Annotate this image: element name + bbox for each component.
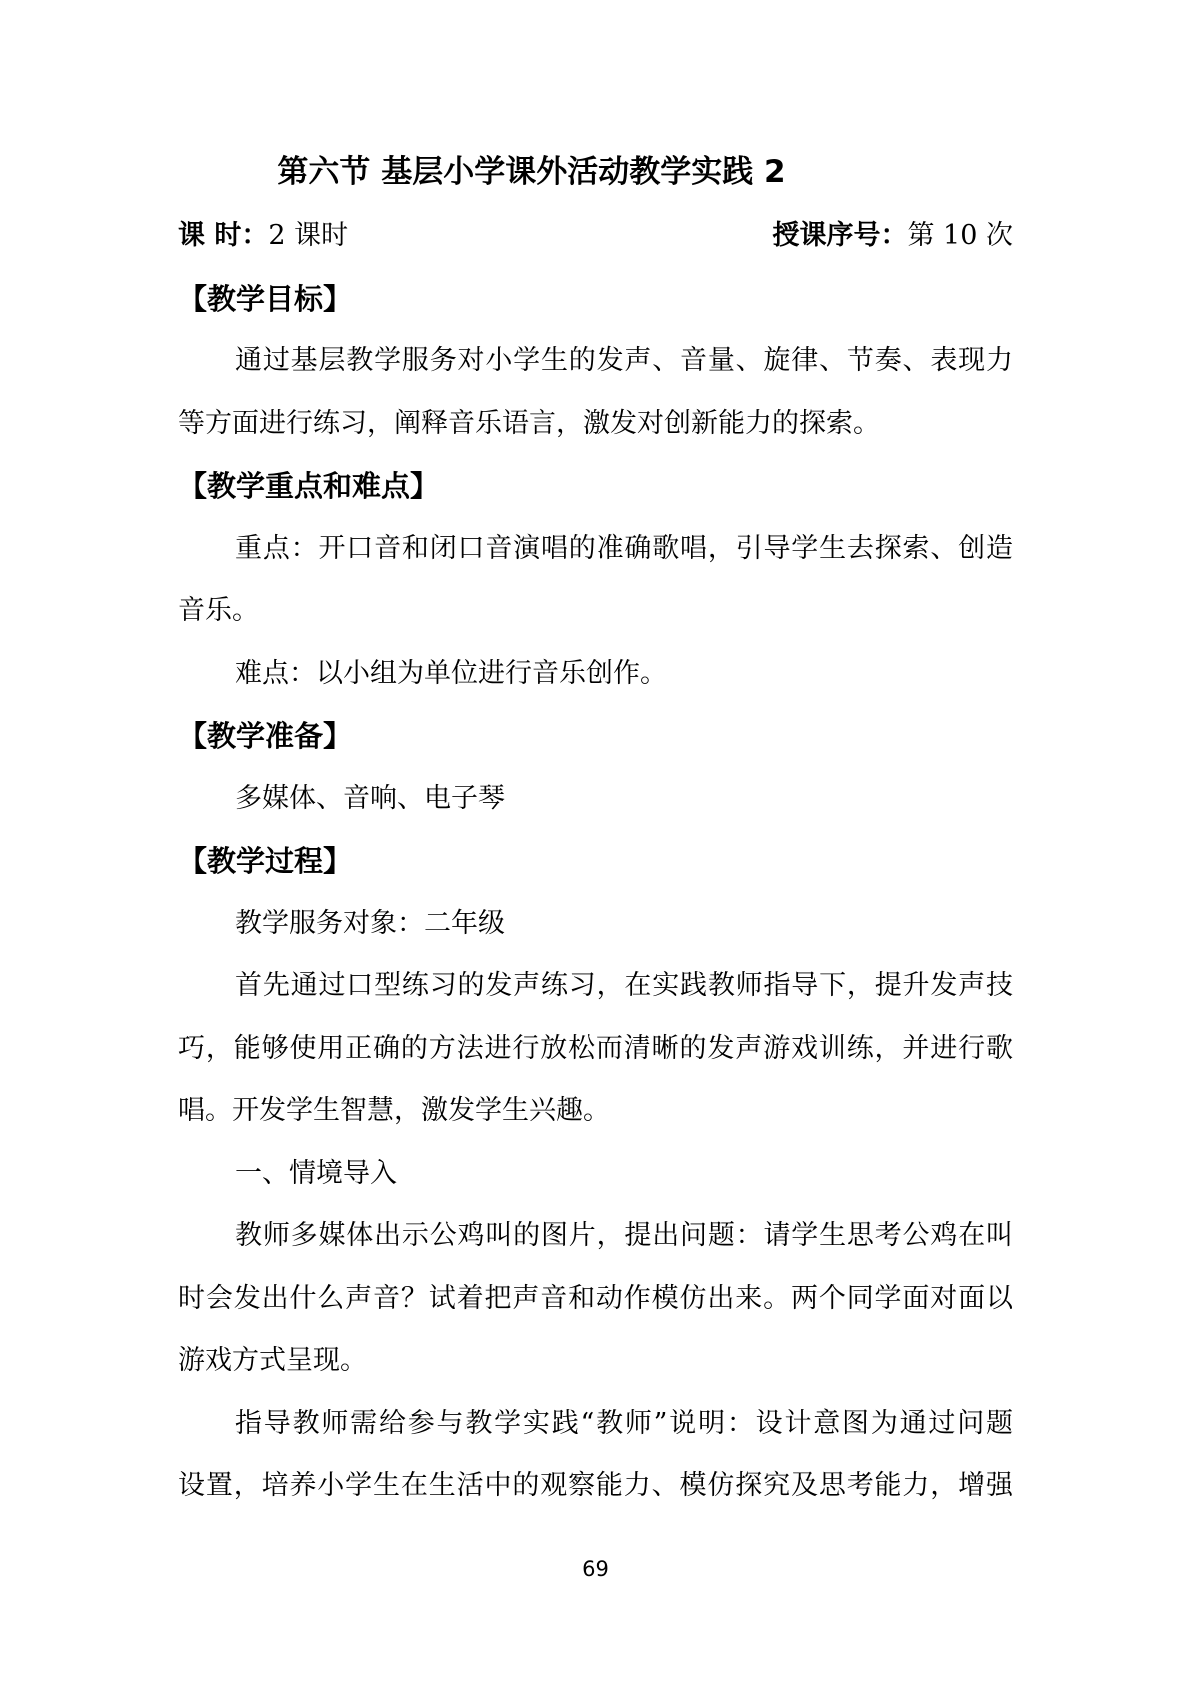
- session-number-value: 第 10 次: [907, 220, 1013, 251]
- document-title: 第六节 基层小学课外活动教学实践 2: [114, 147, 949, 197]
- document-page: 第六节 基层小学课外活动教学实践 2 课 时：2 课时 授课序号：第 10 次 …: [0, 0, 1191, 1684]
- page-number: 69: [0, 1556, 1191, 1582]
- paragraph-line: 时会发出什么声音？试着把声音和动作模仿出来。两个同学面对面以: [178, 1268, 1013, 1331]
- class-hours-value: 2 课时: [268, 220, 348, 251]
- class-hours-label: 课 时：: [178, 220, 268, 251]
- paragraph-line: 游戏方式呈现。: [178, 1330, 1013, 1393]
- section-heading-process: 【教学过程】: [178, 830, 1013, 893]
- paragraph-line: 多媒体、音响、电子琴: [178, 768, 1013, 831]
- session-number-label: 授课序号：: [772, 220, 907, 251]
- class-hours: 课 时：2 课时: [178, 205, 348, 268]
- section-heading-preparation: 【教学准备】: [178, 705, 1013, 768]
- list-item-situation-intro: 一、情境导入: [178, 1143, 1013, 1206]
- section-heading-key-points: 【教学重点和难点】: [178, 455, 1013, 518]
- section-heading-objectives: 【教学目标】: [178, 268, 1013, 331]
- paragraph-line: 通过基层教学服务对小学生的发声、音量、旋律、节奏、表现力: [178, 330, 1013, 393]
- paragraph-line: 设置，培养小学生在生活中的观察能力、模仿探究及思考能力，增强: [178, 1455, 1013, 1518]
- paragraph-line: 重点：开口音和闭口音演唱的准确歌唱，引导学生去探索、创造: [178, 518, 1013, 581]
- paragraph-line: 难点：以小组为单位进行音乐创作。: [178, 643, 1013, 706]
- paragraph-line: 教师多媒体出示公鸡叫的图片，提出问题：请学生思考公鸡在叫: [178, 1205, 1013, 1268]
- session-number: 授课序号：第 10 次: [772, 205, 1013, 268]
- meta-row: 课 时：2 课时 授课序号：第 10 次: [178, 205, 1013, 268]
- paragraph-line: 音乐。: [178, 580, 1013, 643]
- paragraph-line: 指导教师需给参与教学实践“教师”说明：设计意图为通过问题: [178, 1393, 1013, 1456]
- paragraph-line: 等方面进行练习，阐释音乐语言，激发对创新能力的探索。: [178, 393, 1013, 456]
- paragraph-line: 教学服务对象：二年级: [178, 893, 1013, 956]
- document-content: 第六节 基层小学课外活动教学实践 2 课 时：2 课时 授课序号：第 10 次 …: [178, 147, 1013, 1518]
- document-body: 【教学目标】 通过基层教学服务对小学生的发声、音量、旋律、节奏、表现力 等方面进…: [178, 268, 1013, 1518]
- paragraph-line: 首先通过口型练习的发声练习，在实践教师指导下，提升发声技: [178, 955, 1013, 1018]
- paragraph-line: 巧，能够使用正确的方法进行放松而清晰的发声游戏训练，并进行歌: [178, 1018, 1013, 1081]
- paragraph-line: 唱。开发学生智慧，激发学生兴趣。: [178, 1080, 1013, 1143]
